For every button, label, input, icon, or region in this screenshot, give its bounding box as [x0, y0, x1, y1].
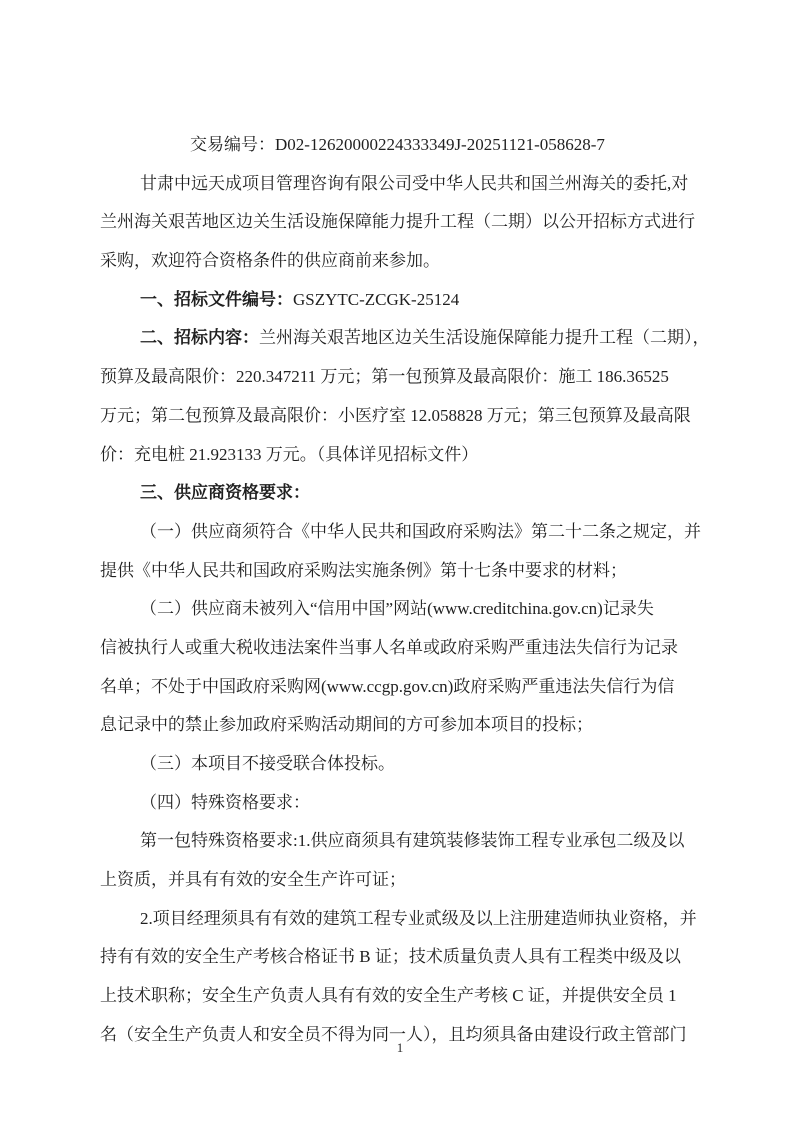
- qualification-item-2-line: 名单；不处于中国政府采购网(www.ccgp.gov.cn)政府采购严重违法失信…: [100, 668, 700, 707]
- document-page: 交易编号：D02-12620000224333349J-20251121-058…: [0, 0, 800, 1131]
- qualification-item-2-line: 信被执行人或重大税收违法案件当事人名单或政府采购严重违法失信行为记录: [100, 629, 700, 668]
- package-1-special-requirement-line: 第一包特殊资格要求:1.供应商须具有建筑装修装饰工程专业承包二级及以: [100, 822, 700, 861]
- section-2-tender-content-line: 二、招标内容：兰州海关艰苦地区边关生活设施保障能力提升工程（二期），: [100, 319, 700, 358]
- project-manager-requirement-line: 上技术职称；安全生产负责人具有有效的安全生产考核 C 证，并提供安全员 1: [100, 977, 700, 1016]
- qualification-item-2-line: （二）供应商未被列入“信用中国”网站(www.creditchina.gov.c…: [100, 590, 700, 629]
- section-3-supplier-qualification-heading: 三、供应商资格要求：: [100, 474, 700, 513]
- qualification-item-3-line: （三）本项目不接受联合体投标。: [100, 745, 700, 784]
- qualification-item-1-line: （一）供应商须符合《中华人民共和国政府采购法》第二十二条之规定，并: [100, 513, 700, 552]
- package-1-special-requirement-line: 上资质，并具有有效的安全生产许可证；: [100, 861, 700, 900]
- qualification-item-2-line: 息记录中的禁止参加政府采购活动期间的方可参加本项目的投标；: [100, 706, 700, 745]
- project-manager-requirement-line: 持有有效的安全生产考核合格证书 B 证；技术质量负责人具有工程类中级及以: [100, 938, 700, 977]
- section-2-tender-content-line: 预算及最高限价：220.347211 万元；第一包预算及最高限价：施工 186.…: [100, 358, 700, 397]
- qualification-item-1-line: 提供《中华人民共和国政府采购法实施条例》第十七条中要求的材料；: [100, 552, 700, 591]
- intro-paragraph-line: 采购，欢迎符合资格条件的供应商前来参加。: [100, 242, 700, 281]
- section-2-tender-content-line: 万元；第二包预算及最高限价：小医疗室 12.058828 万元；第三包预算及最高…: [100, 397, 700, 436]
- project-manager-requirement-line: 2.项目经理须具有有效的建筑工程专业贰级及以上注册建造师执业资格，并: [100, 900, 700, 939]
- section-2-tender-content-line: 价：充电桩 21.923133 万元。（具体详见招标文件）: [100, 436, 700, 475]
- transaction-number-line: 交易编号：D02-12620000224333349J-20251121-058…: [100, 126, 700, 165]
- section-1-tender-doc-number: 一、招标文件编号：GSZYTC-ZCGK-25124: [100, 281, 700, 320]
- intro-paragraph-line: 甘肃中远天成项目管理咨询有限公司受中华人民共和国兰州海关的委托,对: [100, 165, 700, 204]
- document-body: 交易编号：D02-12620000224333349J-20251121-058…: [100, 126, 700, 1055]
- intro-paragraph-line: 兰州海关艰苦地区边关生活设施保障能力提升工程（二期）以公开招标方式进行: [100, 203, 700, 242]
- qualification-item-4-heading: （四）特殊资格要求：: [100, 784, 700, 823]
- page-number: 1: [0, 1040, 800, 1056]
